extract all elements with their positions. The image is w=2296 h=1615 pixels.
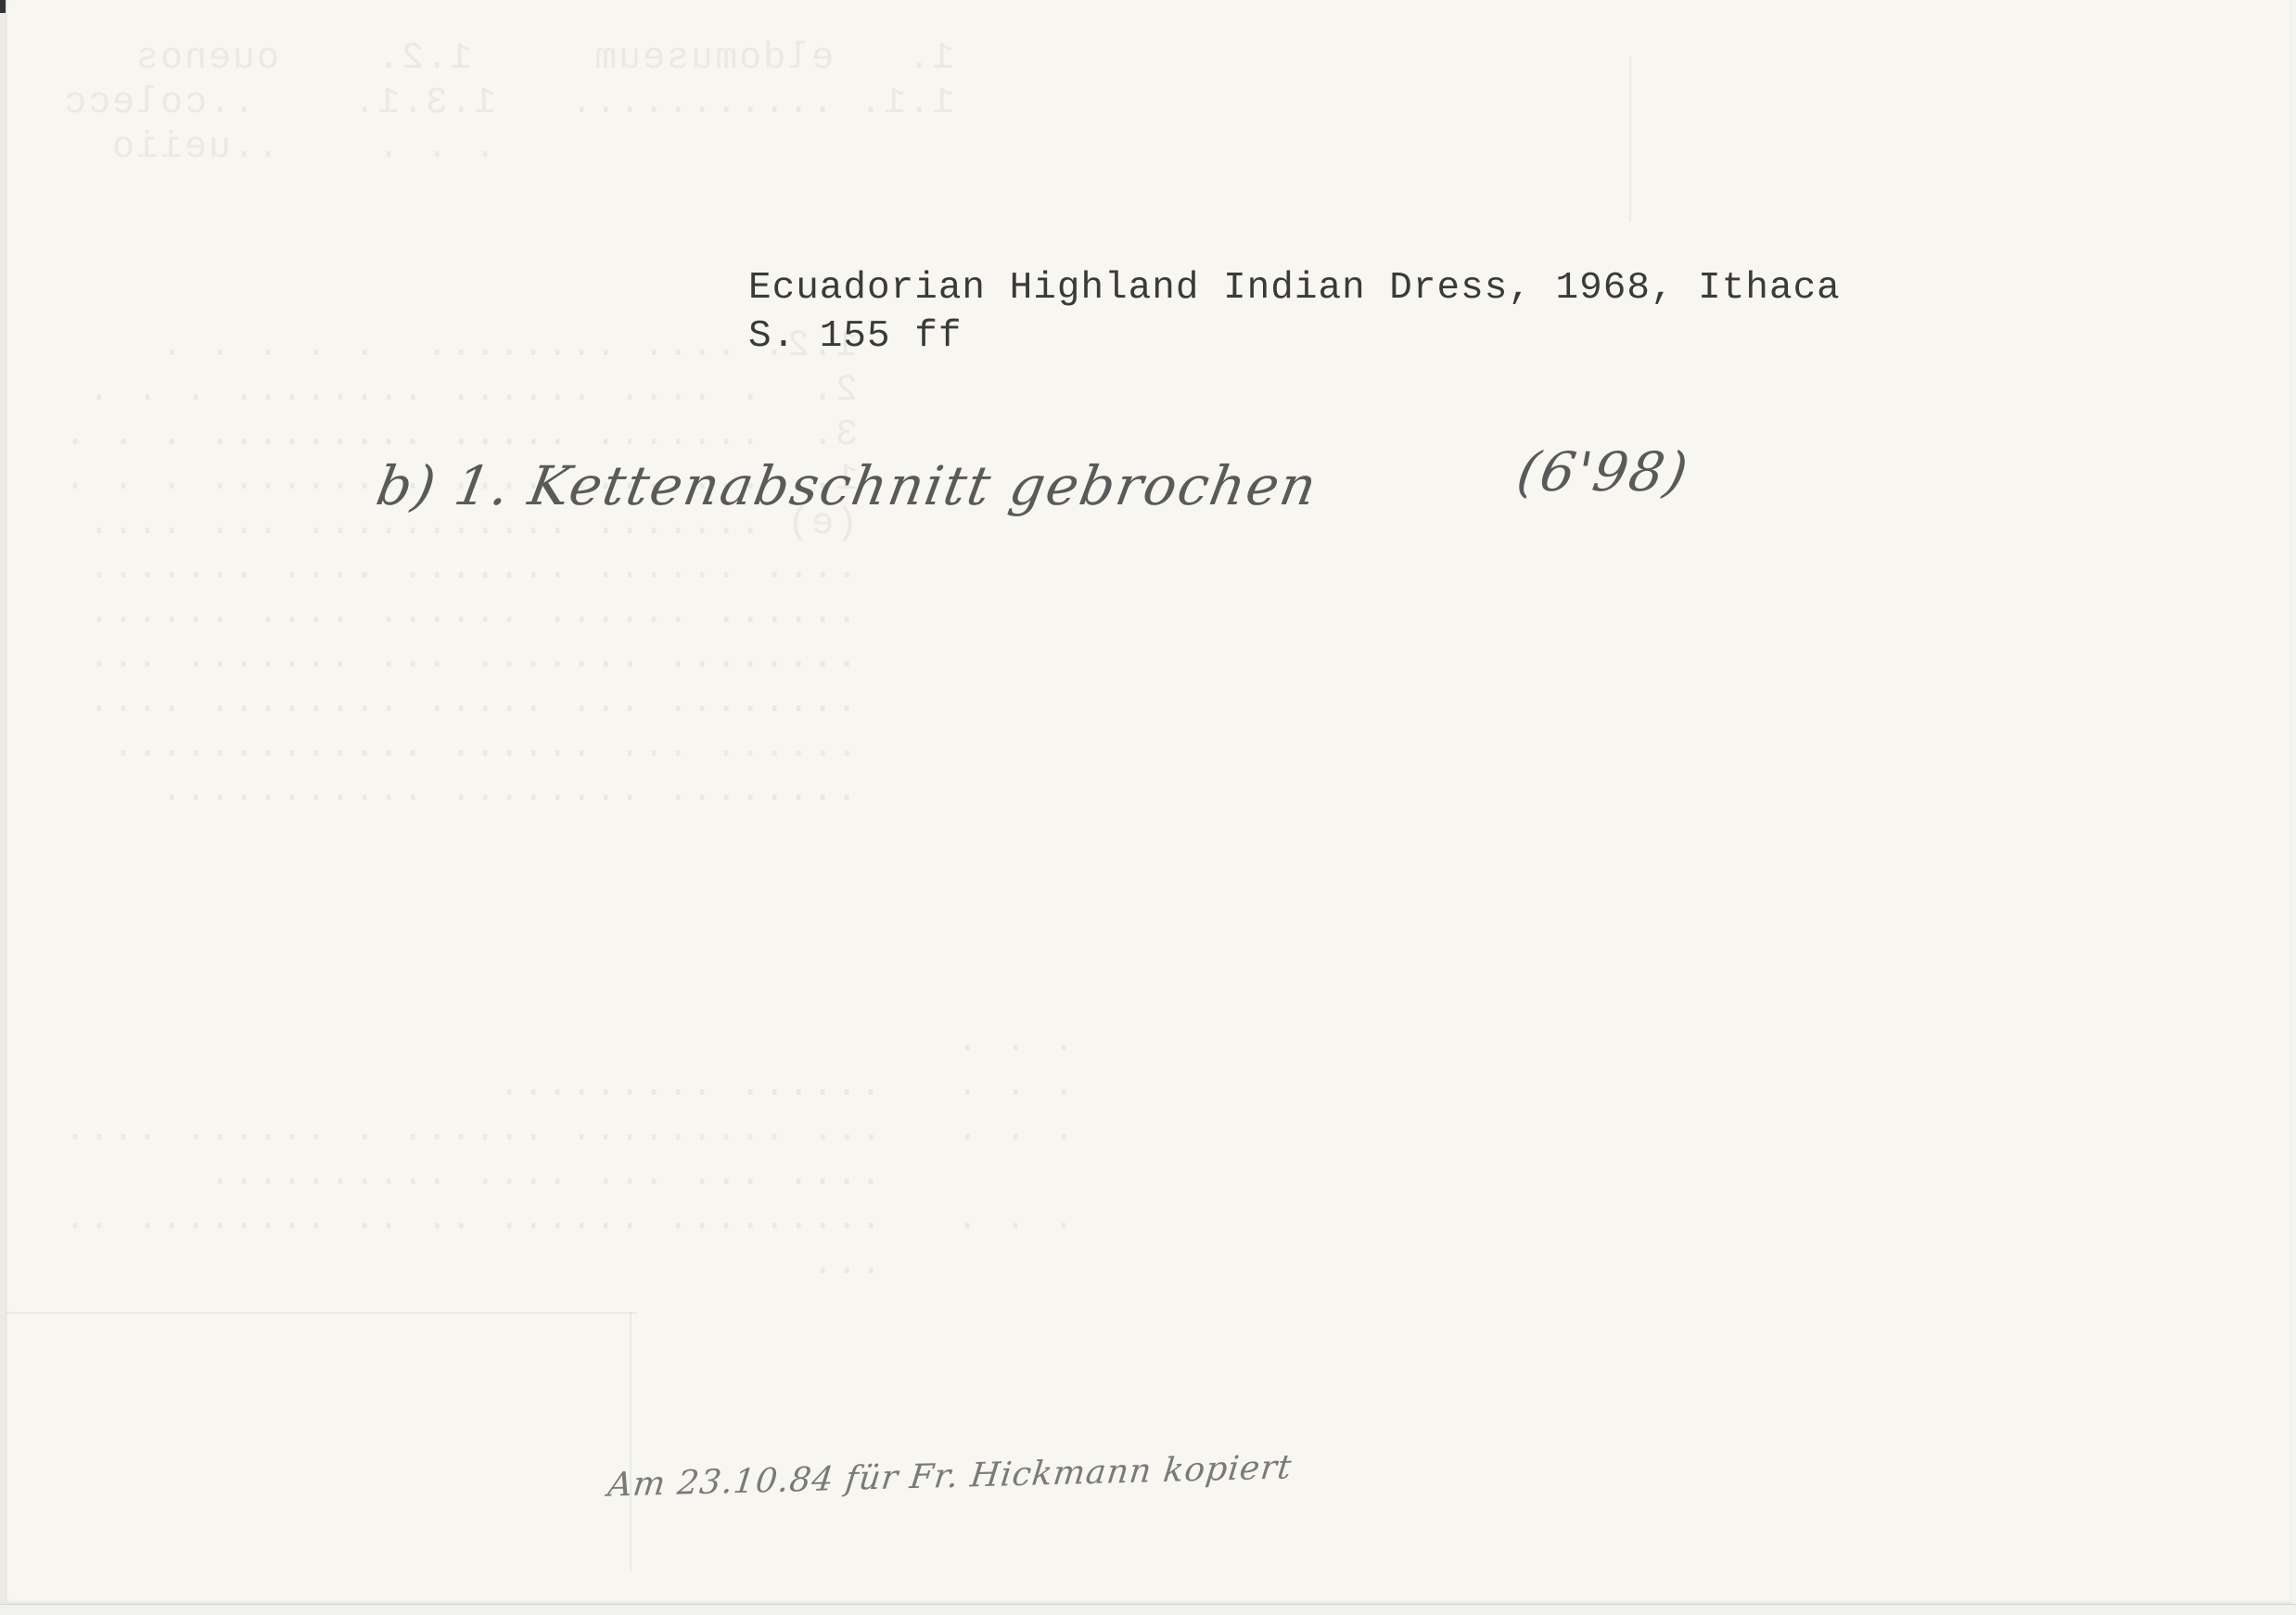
handwritten-note-copy: Am 23.10.84 für Fr. Hickmann kopiert bbox=[606, 1448, 1294, 1504]
show-through-text: . . . . . . ...... ......... . . . ... .… bbox=[62, 1020, 1147, 1287]
show-through-rule bbox=[1629, 56, 1631, 223]
index-card: 1. eldomuseum 1.2. ouenos 1.1. .........… bbox=[6, 0, 2291, 1604]
scan-bottom-edge bbox=[0, 1604, 2296, 1615]
typed-page-ref: S. 155 ff bbox=[748, 315, 962, 358]
handwritten-note-damage: b) 1. Kettenabschnitt gebrochen bbox=[372, 454, 1322, 517]
show-through-text: 1.2. .... ........ . . . . . 2. . .... .… bbox=[62, 324, 858, 814]
handwritten-note-date: (6'98) bbox=[1512, 440, 1694, 503]
typed-title-line: Ecuadorian Highland Indian Dress, 1968, … bbox=[748, 267, 1841, 310]
show-through-text: 1. eldomuseum 1.2. ouenos 1.1. .........… bbox=[62, 37, 954, 171]
show-through-rule bbox=[6, 1312, 637, 1314]
show-through-rule bbox=[630, 1312, 631, 1571]
